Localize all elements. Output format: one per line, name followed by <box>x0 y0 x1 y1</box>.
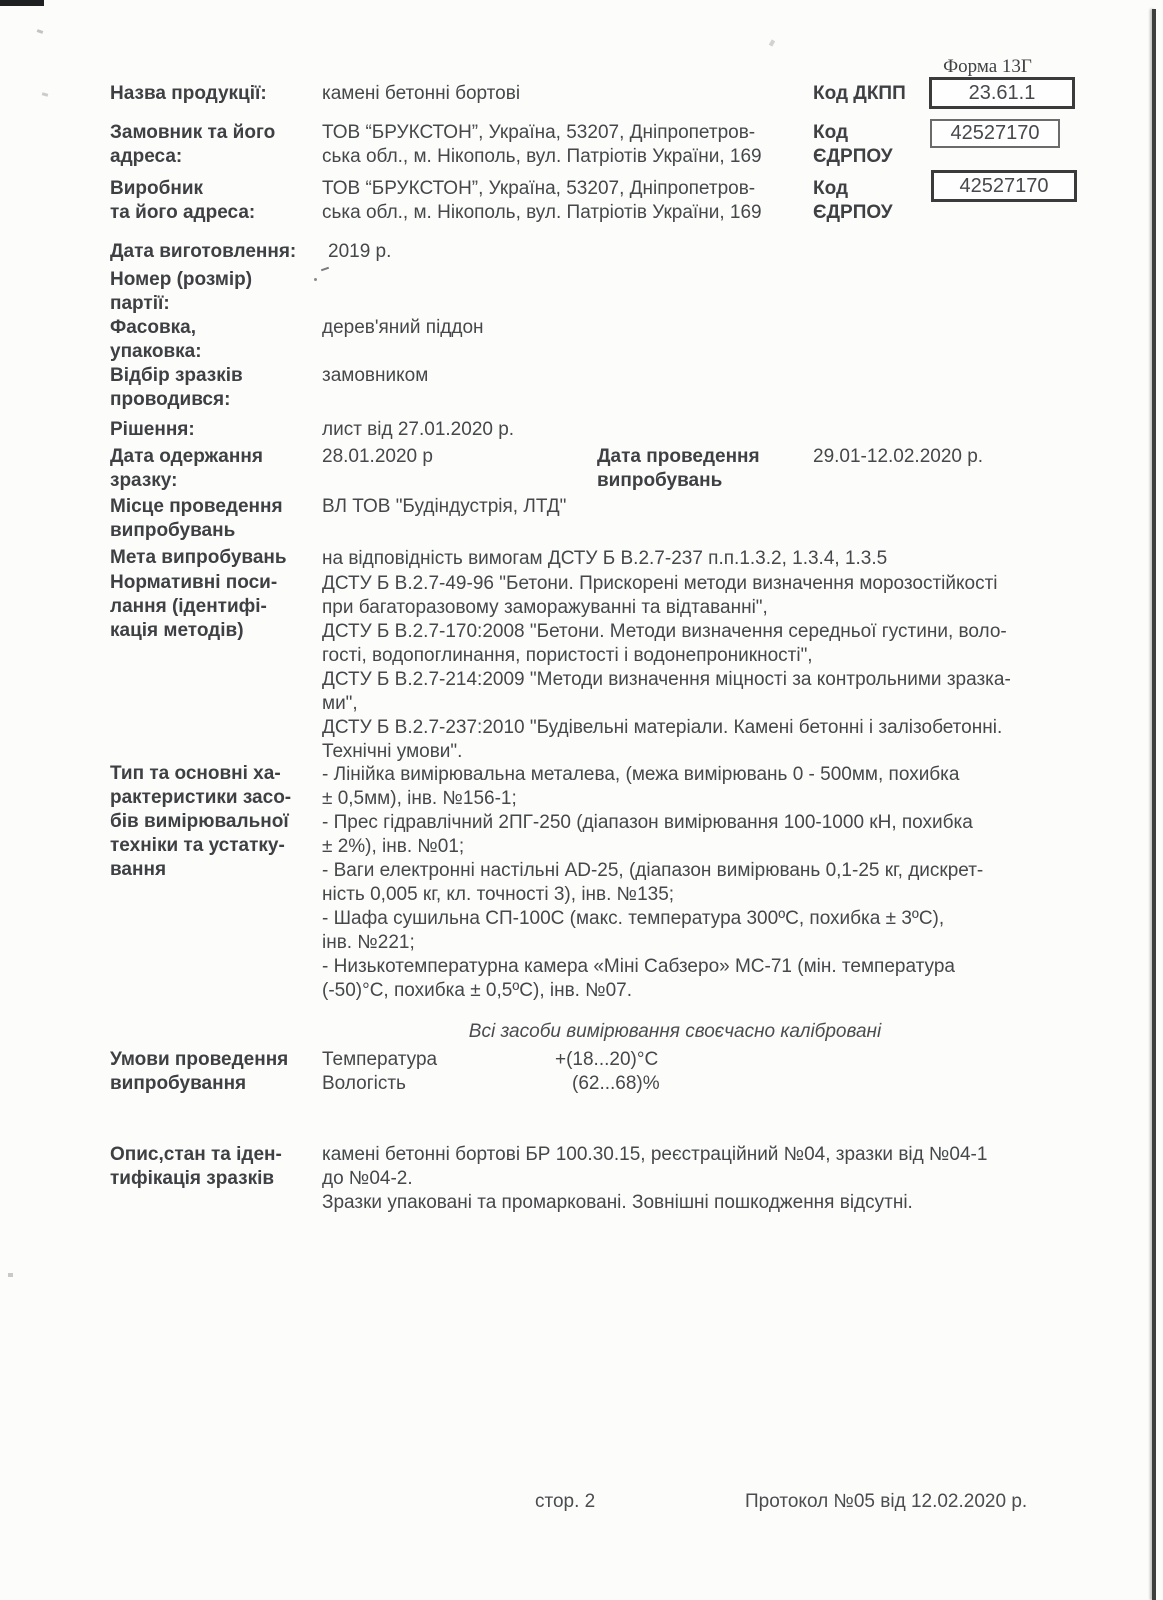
batch-number-label: Номер (розмір) партії: <box>110 268 252 316</box>
test-purpose-label: Мета випробувань <box>110 546 287 570</box>
normative-refs-value: ДСТУ Б В.2.7-49-96 "Бетони. Прискорені м… <box>322 572 1112 764</box>
form-code-label: Форма 13Г <box>910 55 1065 79</box>
receive-date-value: 28.01.2020 р <box>322 445 433 469</box>
footer-protocol-reference: Протокол №05 від 12.02.2020 р. <box>745 1490 1027 1514</box>
receive-date-label: Дата одержання зразку: <box>110 445 263 493</box>
conditions-temperature-name: Температура <box>322 1048 437 1072</box>
normative-refs-label: Нормативні поси- лання (ідентифі- кація … <box>110 571 277 643</box>
equipment-value: - Лінійка вимірювальна металева, (межа в… <box>322 763 1112 1003</box>
test-purpose-value: на відповідність вимогам ДСТУ Б В.2.7-23… <box>322 547 1112 571</box>
scan-artifact-speck-4 <box>769 39 775 46</box>
conditions-humidity-name: Вологість <box>322 1072 406 1096</box>
manufacturer-edrpou-label: Код ЄДРПОУ <box>813 177 893 225</box>
conditions-label: Умови проведення випробування <box>110 1048 288 1096</box>
packaging-value: дерев'яний піддон <box>322 316 484 340</box>
test-dates-value: 29.01-12.02.2020 р. <box>813 445 983 469</box>
scan-artifact-speck-3 <box>8 1273 13 1277</box>
sampling-label: Відбір зразків проводився: <box>110 364 243 412</box>
test-dates-label: Дата проведення випробувань <box>597 445 760 493</box>
scan-artifact-speck-2 <box>42 92 49 96</box>
batch-number-mark-dot <box>314 278 317 281</box>
test-place-label: Місце проведення випробувань <box>110 495 283 543</box>
description-value: камені бетонні бортові БР 100.30.15, реє… <box>322 1143 1112 1215</box>
dkpp-code-label: Код ДКПП <box>813 82 906 106</box>
customer-edrpou-box: 42527170 <box>930 119 1060 148</box>
sampling-value: замовником <box>322 364 428 388</box>
product-name-label: Назва продукції: <box>110 82 267 106</box>
conditions-temperature-value: +(18...20)°С <box>555 1048 658 1072</box>
dkpp-code-box: 23.61.1 <box>929 77 1075 109</box>
decision-value: лист від 27.01.2020 р. <box>322 418 514 442</box>
manufacturer-value: ТОВ “БРУКСТОН”, Україна, 53207, Дніпропе… <box>322 177 842 225</box>
scanned-protocol-page: Форма 13Г Назва продукції: камені бетонн… <box>0 0 1163 1600</box>
decision-label: Рішення: <box>110 418 195 442</box>
description-label: Опис,стан та іден- тифікація зразків <box>110 1143 282 1191</box>
scan-artifact-topleft-bar <box>0 0 44 6</box>
manufacturer-label: Виробник та його адреса: <box>110 177 255 225</box>
customer-label: Замовник та його адреса: <box>110 121 275 169</box>
conditions-humidity-value: (62...68)% <box>572 1072 660 1096</box>
scan-artifact-right-edge <box>1152 9 1156 1600</box>
batch-number-mark-dash <box>321 267 329 272</box>
footer-page-number: стор. 2 <box>535 1490 595 1514</box>
equipment-label: Тип та основні ха- рактеристики засо- бі… <box>110 762 291 882</box>
customer-value: ТОВ “БРУКСТОН”, Україна, 53207, Дніпропе… <box>322 121 842 169</box>
manufacture-date-label: Дата виготовлення: <box>110 240 296 264</box>
manufacturer-edrpou-box: 42527170 <box>931 170 1077 202</box>
scan-artifact-speck-1 <box>37 29 44 34</box>
customer-edrpou-label: Код ЄДРПОУ <box>813 121 893 169</box>
product-name-value: камені бетонні бортові <box>322 82 520 106</box>
manufacture-date-value: 2019 р. <box>328 240 391 264</box>
packaging-label: Фасовка, упаковка: <box>110 316 202 364</box>
test-place-value: ВЛ ТОВ "Будіндустрія, ЛТД" <box>322 495 566 519</box>
calibration-note: Всі засоби вимірювання своєчасно калібро… <box>300 1020 1050 1044</box>
